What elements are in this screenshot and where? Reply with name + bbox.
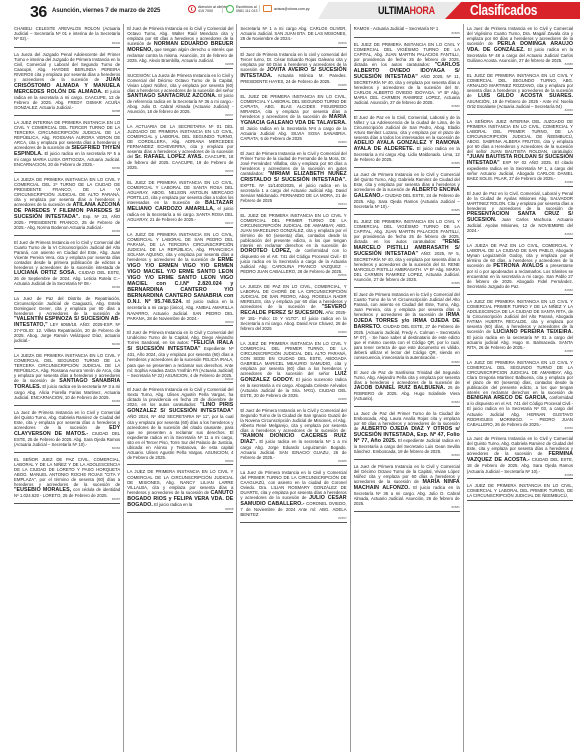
notice-code: 82683 [354,401,460,405]
notice-body: EL JUEZ DE PRIMERA INSTANCIA EN LO CIVIL… [240,213,346,248]
notice-body: El Juez de Paz de Santísima Trinidad del… [354,370,460,385]
notice-code: 82690 [14,343,120,347]
notice-body: LA JUEZ DE PRIMERA INSTANCIA EN LO CIVIL… [240,341,346,376]
notice-code: 82685 [240,460,346,464]
notice-body: Secretaría Nº 1 a mi cargo Abg. CARLOS O… [240,26,346,41]
notice-code: 82687 [14,498,120,502]
notice-code: 82656 [240,274,346,278]
notice-body: EL SEÑOR JUEZ DE PAZ CIVIL, COMERCIAL, L… [14,457,120,487]
legal-notice: LA JUEZA DE PRIMERA INSTANCIA EN LO CIVI… [14,175,120,236]
email-contact[interactable]: avisos@uhora.com.py [259,5,310,12]
notice-code: 82653 [127,170,233,174]
notice-deceased-name: ERME VIGO Y/O ERMEN VIGO Y/O ERMEN VIGO … [127,257,233,305]
email-icon [263,5,272,12]
legal-notice: EL JUEZ DE PRIMERA INSTANCIA EN LO CIVIL… [354,40,460,111]
notice-code: 82686 [467,63,573,67]
notice-code: 82666 [354,454,460,458]
legal-notice: EL JUEZ DE PRIMERA INSTANCIA EN LO CIVIL… [467,71,573,115]
notice-code: 82686 [240,398,346,402]
notice-body: LA JUEZ DE PRIMERA INSTANCIA EN LO CIVIL… [467,360,573,395]
notice-code: 82669 [240,42,346,46]
legal-notice: La Juez de Paz del Primer Turno de la Ci… [354,409,460,460]
legal-notice: El Juez de Primera Instancia en lo Civil… [127,385,233,465]
notice-code: 82665 [354,32,460,36]
notice-code: 82660 [467,109,573,113]
legal-notice: LA JUEZ DE PRIMERA INSTANCIA EN LO CIVIL… [240,339,346,404]
legal-notice: LA ACTUARIA DE LA SECRETARIA Nº 01 DEL J… [127,122,233,176]
legal-notice: La Juez de Primera Instancia en lo Civil… [467,434,573,479]
newspaper-logo: ULTIMAHORA [378,4,435,17]
notice-code: 82580 [14,167,120,171]
legal-notice: El Juez de Primera Instancia en lo Civil… [240,406,346,466]
notice-code: 82680 [240,331,346,335]
notice-code: 82658 [127,508,233,512]
masthead: 36 Asunción, viernes 7 de marzo de 2025 … [0,0,580,20]
notice-body: LA SEÑORA JUEZ INTERINA DEL JUZGADO DE P… [467,119,573,154]
legal-notice: El Juez de Primera Instancia en lo Civil… [127,328,233,383]
legal-notice: SUCESIÓN: La Jueza de Primera Instancia … [127,71,233,120]
notice-code: 82684 [14,230,120,234]
legal-notice: EL SEÑOR JUEZ DE PAZ CIVIL, COMERCIAL, L… [14,455,120,504]
notice-code: 82685 [240,84,346,88]
classifieds-columns: CHABELI CELESTE AREVALOS ROLON (Actuaria… [14,24,576,752]
notice-body: La Juez de Paz del Distrito de Repatriac… [14,296,120,316]
notice-body: La Juez de Primera Instancia en lo Civil… [14,410,120,430]
legal-notice: EL JUEZ DE PRIMERA INSTANCIA EN LO CIVIL… [354,217,460,288]
notice-code: 82688 [127,63,233,67]
notice-body: SUCESIÓN: La Jueza de Primera Instancia … [127,73,233,93]
notice-body: El Juez de Paz en lo Civil, Comercial, L… [467,191,573,211]
notice-code: 82684 [14,400,120,404]
legal-notice: La Juez de Primera Instancia en lo Civil… [354,462,460,512]
notice-code: 82685 [354,162,460,166]
notice-code: 82644 [240,203,346,207]
notice-code: 82637 [127,222,233,226]
notice-body: La Jueza del Juzgado Penal Adolescente d… [14,52,120,82]
notice-code: 82685 [467,474,573,478]
column-2: El Juez de Primera Instancia en lo Civil… [127,24,237,752]
contact-value: avisos@uhora.com.py [274,7,310,11]
notice-details: CIUDAD DEL ESTE, 27 de Febrero de 2025. … [354,324,460,360]
phone-icon [188,5,196,13]
notice-details: El Juicio radica en la Secretaría Nº4 a … [240,126,346,141]
notice-body: El Juez de Primera Instancia en lo Civil… [354,292,460,317]
notice-code: 82888 [14,110,120,114]
notice-details: ASUNCIÓN, 19 de Febrero de 2025 - Ante m… [467,99,573,109]
section-title: Clasificados [470,2,537,19]
notice-code: 82652 [467,233,573,237]
logo-part-ultima: ULTIMA [378,4,410,17]
notice-code: 82684 [127,460,233,464]
contact-value: 415 7000 [198,9,213,13]
legal-notice: RAMOS - Actuaria Judicial – Secretaría N… [354,24,460,38]
legal-notice: LA JUEZ DE PRIMERA INSTANCIA EN LO CIVIL… [467,481,573,501]
legal-notice: EL JUEZ DE PRIMERA INSTANCIA EN LO CIVIL… [240,211,346,280]
legal-notice: LA JUEZ DE PRIMERA INSTANCIA EN LO CIVIL… [467,297,573,356]
notice-code: 82650 [467,289,573,293]
notice-body: RAMOS - Actuaria Judicial – Secretaría N… [354,26,439,31]
legal-notice: LA JUEZ INTERINA DE PRIMERA INSTANCIA EN… [14,118,120,173]
legal-notice: LA JUEZA DE PAZ EN LO CIVIL, COMERCIAL, … [240,282,346,337]
logo-part-hora: HORA [410,4,435,17]
column-5: La Juez de Primera Instancia en lo Civil… [467,24,576,752]
notice-code: 82660 [127,321,233,325]
legal-notice: LA JUEZ DE PRIMERA INSTANCIA EN LO CIVIL… [467,358,573,432]
column-4: RAMOS - Actuaria Judicial – Secretaría N… [354,24,464,752]
notice-code: 82681 [354,506,460,510]
legal-notice: La Juez de Primera Instancia en lo Civil… [354,170,460,215]
notice-details: EXPTE. Nº 11/1402/2025, el juicio radica… [240,183,346,203]
legal-notice: LA SEÑORA JUEZ INTERINA DEL JUZGADO DE P… [467,117,573,187]
notice-code: 82940 [14,42,120,46]
legal-notice: El Juez de Paz en lo Civil, Comercial, L… [467,189,573,239]
notice-details: El juicio radica en la [154,502,192,507]
notice-body: El Juez de Primera Instancia en lo Civil… [14,240,120,270]
notice-code: 82684 [14,447,120,451]
notice-details: El juicio radica en la secretaría Nº 01 … [467,335,573,350]
notice-body: CHABELI CELESTE AREVALOS ROLON (Actuaria… [14,26,120,41]
notice-code: 82685 [467,350,573,354]
legal-notice: El Juez de Paz de Santísima Trinidad del… [354,368,460,407]
legal-notice: LA JUEZ DE PRIMERA INSTANCIA EN LO CIVIL… [127,230,233,326]
legal-notice: La Juez de Primera Instancia en lo Civil… [240,468,346,523]
legal-notice: El Juez de Primera Instancia en lo Civil… [240,149,346,209]
notice-code: 82656 [467,427,573,431]
column-3: Secretaría Nº 1 a mi cargo Abg. CARLOS O… [240,24,350,752]
notice-code: 82683 [240,141,346,145]
notice-code: 82680 [354,361,460,365]
whatsapp-icon [226,5,234,13]
legal-notice: La Juez de Primera Instancia en lo Civil… [467,24,573,69]
page-number: 36 [30,4,47,22]
legal-notice: La Juez de Paz del Distrito de Repatriac… [14,294,120,349]
legal-notice: El Juez de Primera Instancia en lo civil… [240,50,346,90]
issue-date: Asunción, viernes 7 de marzo de 2025 [52,8,160,14]
legal-notice: El Juez de Paz en lo Civil, Comercial, L… [354,113,460,168]
contact-value: 0981 111 013 [236,9,257,13]
legal-notice: Secretaría Nº 1 a mi cargo Abg. CARLOS O… [240,24,346,48]
notice-body: El Juez de Primera Instancia en lo Civil… [240,408,346,433]
notice-code: 82657 [240,517,346,521]
notice-code: 82644 [127,378,233,382]
legal-notice: El Juez de Primera Instancia en lo Civil… [127,24,233,69]
legal-notice: LA JUEZA DE PRIMERA INSTANCIA EN LO CIVI… [14,351,120,406]
notice-code: 82666 [14,286,120,290]
legal-notice: El Juez de Primera Instancia en lo Civil… [354,290,460,366]
column-1: CHABELI CELESTE AREVALOS ROLON (Actuaria… [14,24,124,752]
notice-body: El Juez de Paz en lo Civil, Comercial, L… [354,115,460,140]
legal-notice: El Juez de Primera Instancia en lo Civil… [14,238,120,292]
notice-code: 82686 [467,181,573,185]
notice-code: 82685 [354,209,460,213]
legal-notice: La Juez de Primera Instancia en lo Civil… [14,408,120,453]
notice-code: 82657 [127,114,233,118]
notice-details: El juicio radica en la secretaría Nº 1 a… [240,439,346,460]
legal-notice: LA JUEZ DE PRIMERA INSTANCIA EN LO CIVIL… [127,467,233,513]
legal-notice: La Jueza del Juzgado Penal Adolescente d… [14,50,120,116]
whatsapp-contact[interactable]: Escríbinos al0981 111 013 [222,5,257,13]
legal-notice: EL JUEZ DE PRIMERA INSTANCIA EN LO CIVIL… [127,178,233,228]
notice-code: 82685 [354,282,460,286]
notice-code: 82686 [354,105,460,109]
notice-details: AÑO 2024, Nº 462 SECRETARIA Nº 11", por … [127,414,233,459]
legal-notice: LA JUEZA DE PAZ EN LO CIVIL, COMERCIAL Y… [467,241,573,295]
legal-notice: EL JUEZ DE PRIMERA INSTANCIA EN LO CIVIL… [240,92,346,147]
legal-notice: CHABELI CELESTE AREVALOS ROLON (Actuaria… [14,24,120,48]
notice-body: LA JUEZ DE PRIMERA INSTANCIA EN LO CIVIL… [467,483,573,498]
